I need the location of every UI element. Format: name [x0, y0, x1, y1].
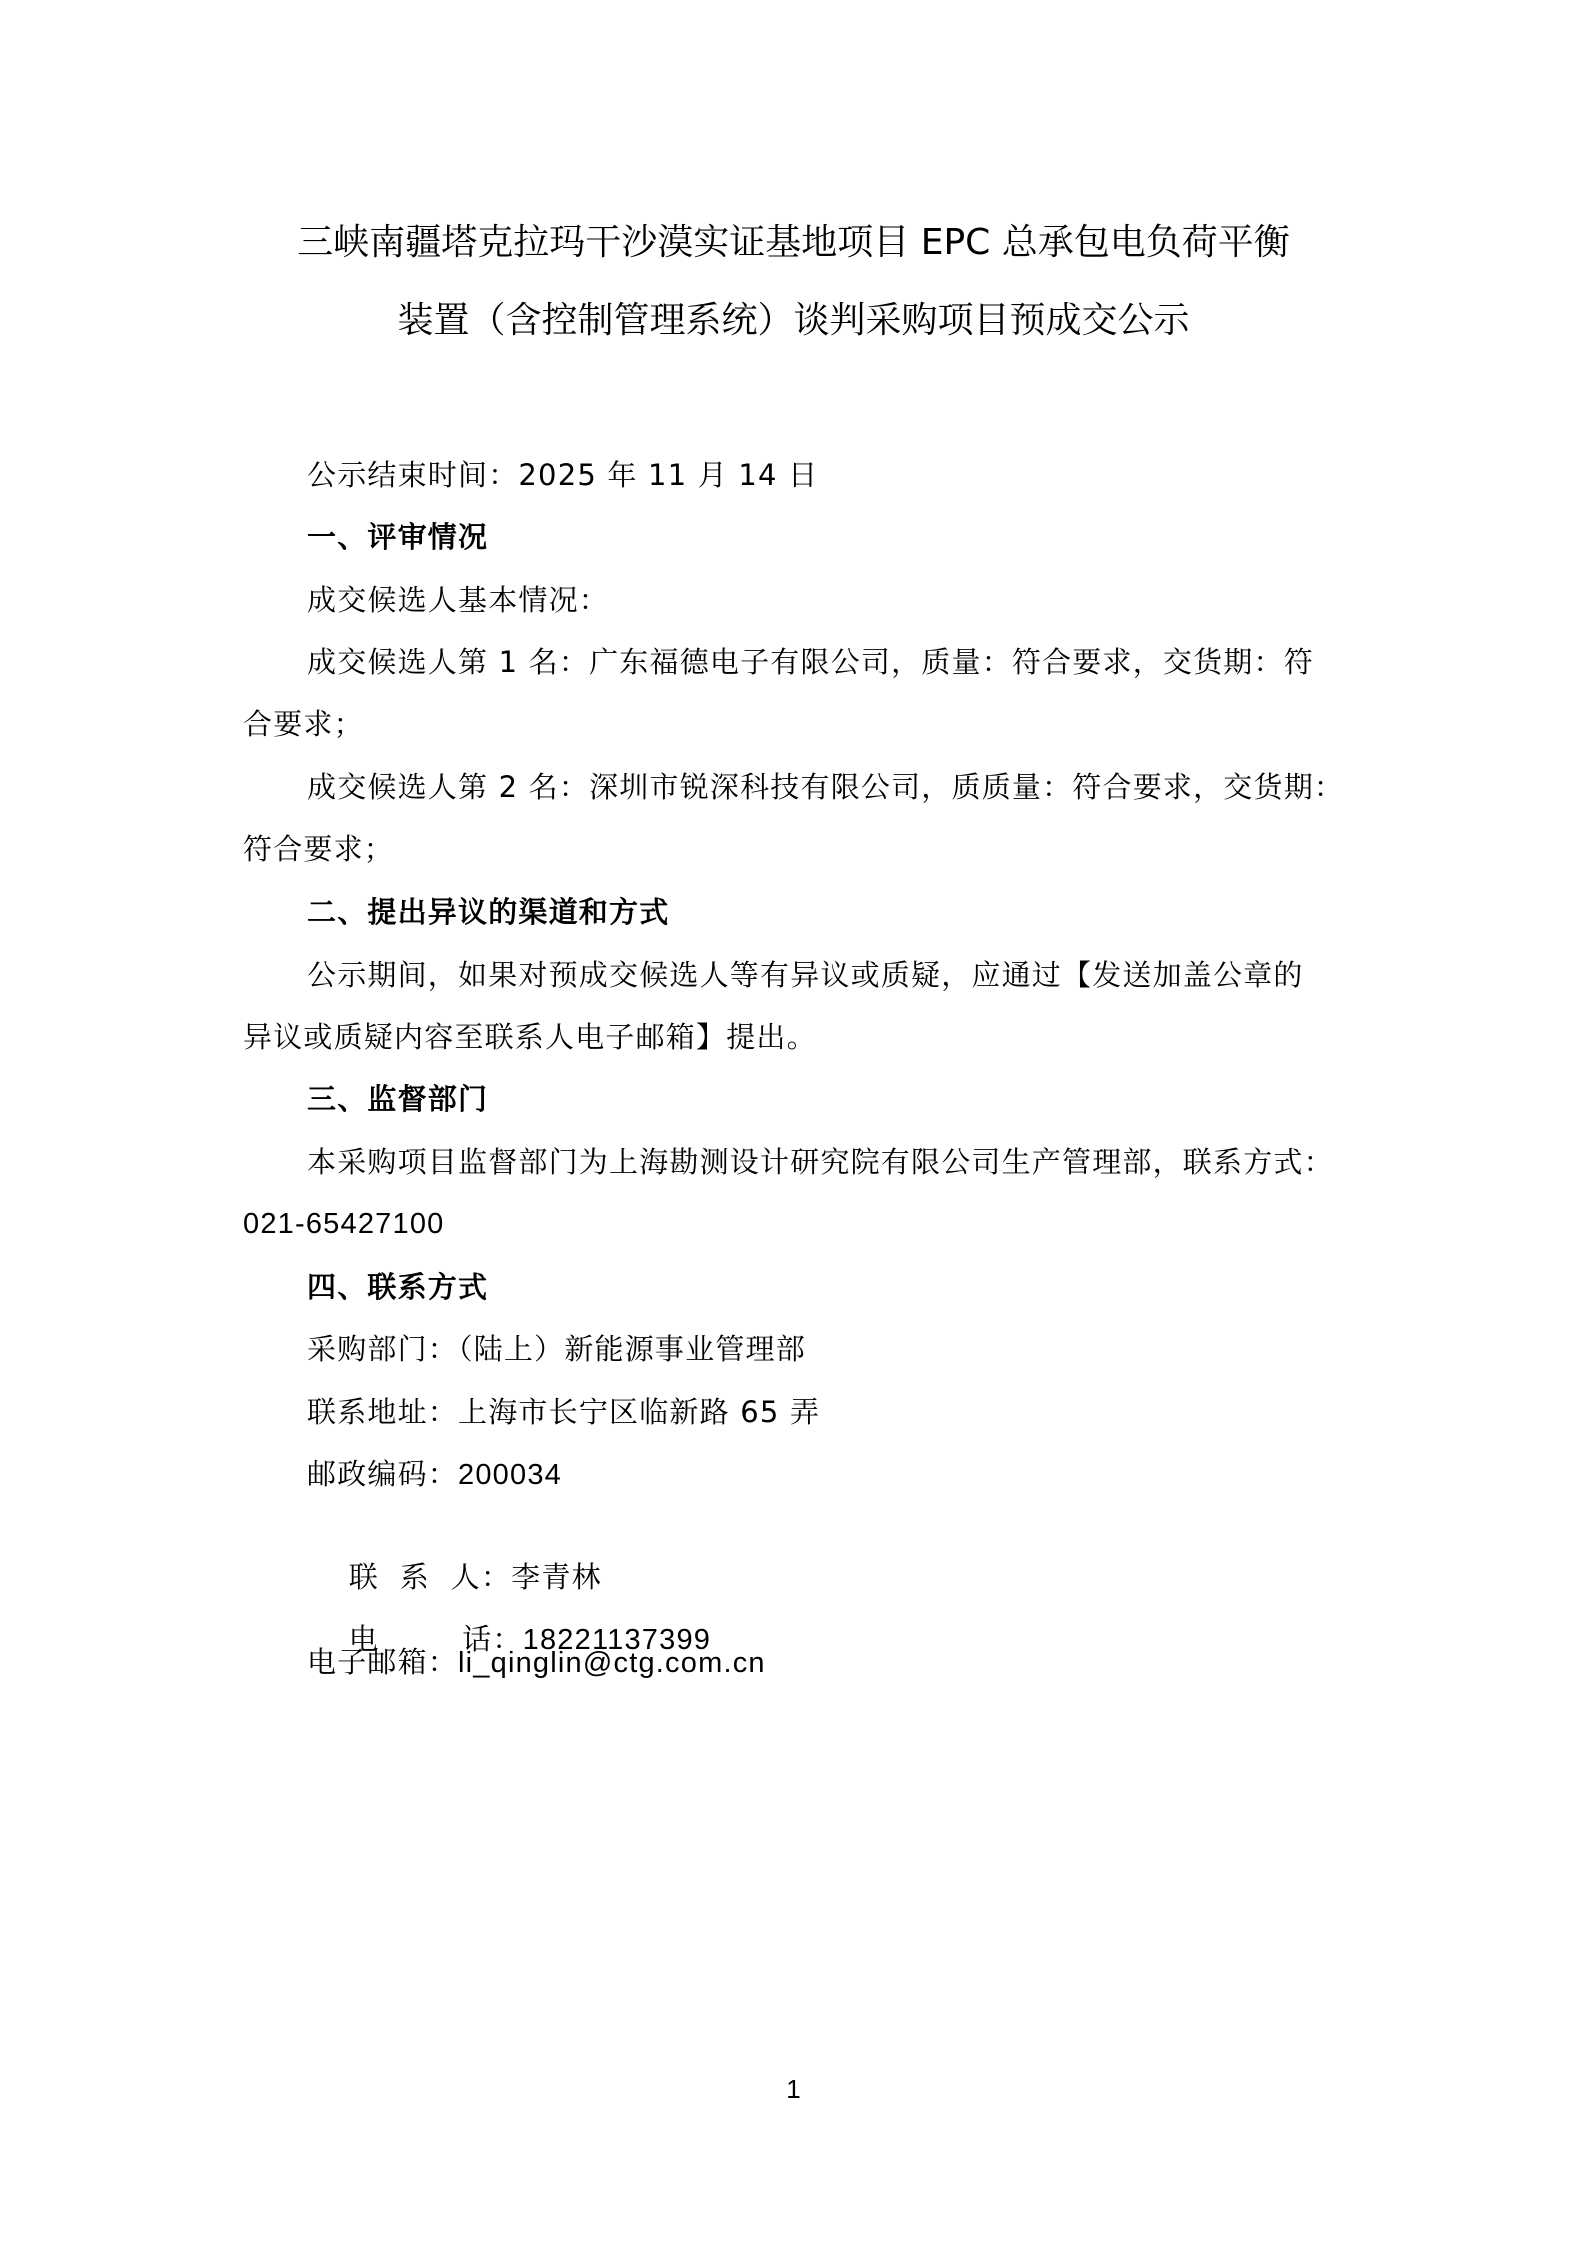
section-4-heading: 四、联系方式 [243, 1267, 1417, 1307]
contact-label: 电子邮箱： [307, 1645, 458, 1679]
candidate-2-line-2: 符合要求； [243, 829, 1353, 869]
contact-value: 上海市长宁区临新路 65 弄 [458, 1395, 820, 1429]
candidate-1-line-2: 合要求； [243, 704, 1353, 744]
section-3-heading: 三、监督部门 [243, 1079, 1417, 1119]
section-2-heading: 二、提出异议的渠道和方式 [243, 892, 1417, 932]
contact-address: 联系地址：上海市长宁区临新路 65 弄 [243, 1392, 1417, 1432]
contact-label: 采购部门： [307, 1332, 458, 1366]
section-1-heading: 一、评审情况 [243, 517, 1417, 557]
candidate-1-line-1: 成交候选人第 1 名：广东福德电子有限公司，质量：符合要求，交货期：符 [243, 642, 1417, 682]
contact-label: 联系地址： [307, 1395, 458, 1429]
supervision-body-line-1: 本采购项目监督部门为上海勘测设计研究院有限公司生产管理部，联系方式： [243, 1142, 1417, 1182]
contact-value: 200034 [458, 1459, 562, 1491]
candidate-2-line-1: 成交候选人第 2 名：深圳市锐深科技有限公司，质质量：符合要求，交货期： [243, 767, 1417, 807]
page-number: 1 [0, 2072, 1587, 2106]
objection-body-line-1: 公示期间，如果对预成交候选人等有异议或质疑，应通过【发送加盖公章的 [243, 955, 1417, 995]
objection-body-line-2: 异议或质疑内容至联系人电子邮箱】提出。 [243, 1017, 1353, 1057]
document-title-line-2: 装置（含控制管理系统）谈判采购项目预成交公示 [0, 299, 1587, 343]
announcement-end-time: 公示结束时间：2025 年 11 月 14 日 [243, 455, 1417, 495]
supervision-phone: 021-65427100 [243, 1204, 1353, 1244]
contact-label: 邮政编码： [307, 1457, 458, 1491]
contact-postal-code: 邮政编码：200034 [243, 1454, 1417, 1495]
contact-email: 电子邮箱：li_qinglin@ctg.com.cn [243, 1642, 1417, 1683]
candidates-intro: 成交候选人基本情况： [243, 580, 1417, 620]
document-title-line-1: 三峡南疆塔克拉玛干沙漠实证基地项目 EPC 总承包电负荷平衡 [0, 221, 1587, 265]
contact-value: （陆上）新能源事业管理部 [458, 1332, 806, 1366]
document-page: 三峡南疆塔克拉玛干沙漠实证基地项目 EPC 总承包电负荷平衡 装置（含控制管理系… [0, 0, 1587, 2245]
contact-procurement-dept: 采购部门：（陆上）新能源事业管理部 [243, 1329, 1417, 1369]
contact-email-link[interactable]: li_qinglin@ctg.com.cn [458, 1647, 766, 1679]
